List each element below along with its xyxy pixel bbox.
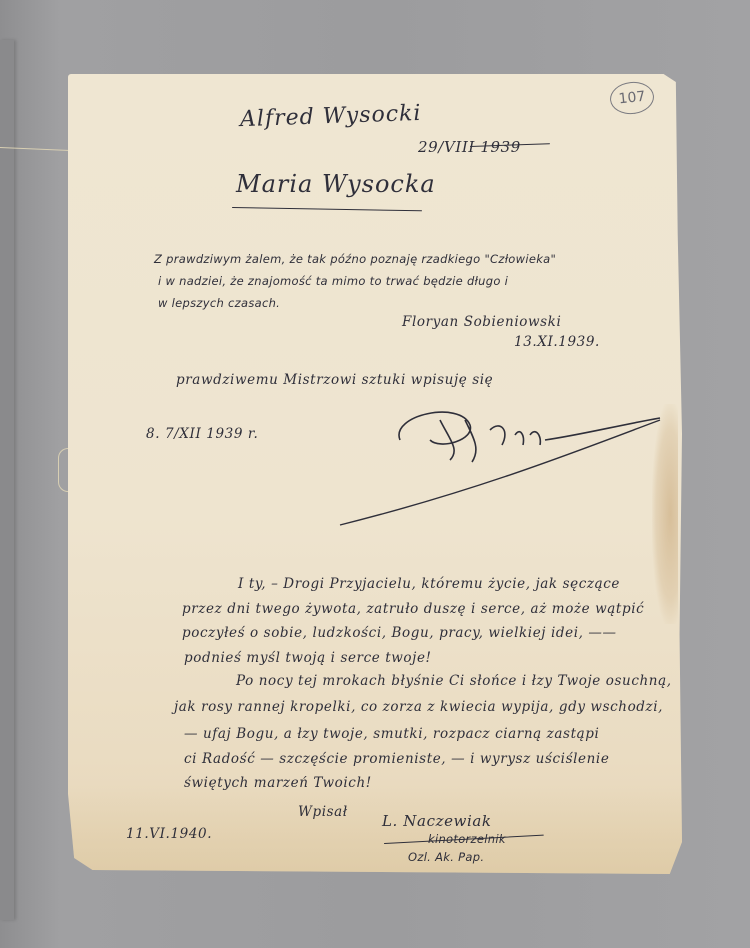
date-wysocki: 29/VIII 1939: [418, 138, 521, 156]
entry-naczewiak-line-1: I ty, – Drogi Przyjacielu, któremu życie…: [238, 576, 620, 592]
date-naczewiak: 11.VI.1940.: [126, 826, 212, 842]
entry-sobieniowski-line-3: w lepszych czasach.: [158, 296, 280, 310]
entry-naczewiak-line-9: świętych marzeń Twoich!: [184, 775, 372, 791]
entry-sobieniowski-line-2: i w nadziei, że znajomość ta mimo to trw…: [158, 274, 508, 288]
entry-naczewiak-line-4: podnieś myśl twoją i serce twoje!: [184, 650, 432, 666]
binding-string-loop: [58, 448, 69, 492]
signature-naczewiak: L. Naczewiak: [382, 812, 492, 830]
entry-naczewiak-line-6: jak rosy rannej kropelki, co zorza z kwi…: [174, 699, 663, 715]
signature-wysocka: Maria Wysocka: [236, 170, 436, 198]
date-master: 8. 7/XII 1939 r.: [146, 426, 258, 442]
affiliation-naczewiak: Ozl. Ak. Pap.: [408, 850, 484, 864]
adjacent-page-edge: [0, 40, 14, 920]
signature-sobieniowski: Floryan Sobieniowski: [402, 314, 561, 330]
entry-naczewiak-line-8: ci Radość — szczęście promieniste, — i w…: [184, 751, 609, 767]
date-sobieniowski: 13.XI.1939.: [514, 334, 600, 350]
title-naczewiak: kinotorzelnik: [428, 832, 506, 846]
entry-naczewiak-line-5: Po nocy tej mrokach błyśnie Ci słońce i …: [236, 673, 672, 689]
flourished-signature: [380, 400, 680, 530]
entry-master-line-1: prawdziwemu Mistrzowi sztuki wpisuję się: [176, 372, 493, 388]
entry-naczewiak-line-3: poczyłeś o sobie, ludzkości, Bogu, pracy…: [182, 625, 617, 641]
closing-naczewiak: Wpisał: [298, 804, 348, 820]
entry-naczewiak-line-7: — ufaj Bogu, a łzy twoje, smutki, rozpac…: [184, 726, 599, 742]
entry-sobieniowski-line-1: Z prawdziwym żalem, że tak późno poznaję…: [154, 252, 556, 266]
entry-naczewiak-line-2: przez dni twego żywota, zatruło duszę i …: [182, 601, 644, 617]
